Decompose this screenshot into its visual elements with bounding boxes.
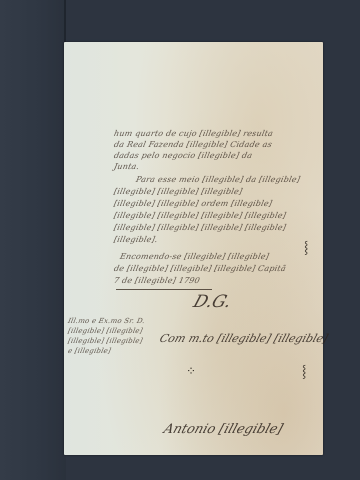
body-line: [illegible] [illegible] [illegible] [ill… (113, 211, 287, 220)
body-line: Para esse meio [illegible] da [illegible… (135, 175, 301, 184)
closing-line: Encomendo-se [illegible] [illegible] (119, 252, 270, 261)
ink-bleed-mark: ⸾ (304, 238, 308, 255)
body-line: [illegible] [illegible] [illegible] [ill… (113, 223, 287, 232)
subscription: Com m.to [illegible] [illegible] (158, 332, 330, 345)
closing-line: de [illegible] [illegible] [illegible] C… (113, 264, 287, 273)
body-line: Junta. (113, 162, 140, 171)
dark-backing-left (0, 0, 66, 480)
underline-stroke (116, 289, 212, 290)
body-line: hum quarto de cujo [illegible] resulta (113, 129, 274, 138)
address-line: e [illegible] (67, 347, 112, 355)
manuscript-page: hum quarto de cujo [illegible] resulta d… (64, 42, 323, 455)
signature: Antonio [illegible] (162, 422, 285, 437)
address-line: [illegible] [illegible] (67, 327, 143, 335)
ink-blot: ⁘ (186, 364, 196, 378)
body-line: da Real Fazenda [illegible] Cidade as (113, 140, 273, 149)
body-line: [illegible]. (113, 235, 159, 244)
address-line: Ill.mo e Ex.mo Sr. D. (67, 317, 146, 325)
ink-bleed-mark: ⸾ (302, 362, 306, 379)
body-line: [illegible] [illegible] ordem [illegible… (113, 199, 273, 208)
backing-fold-line (64, 0, 66, 42)
salutation-dg: D.G. (191, 292, 234, 312)
closing-line: 7 de [illegible] 1790 (113, 276, 201, 285)
address-line: [illegible] [illegible] (67, 337, 143, 345)
body-line: dadas pelo negocio [illegible] da (113, 151, 253, 160)
body-line: [illegible] [illegible] [illegible] (113, 187, 243, 196)
